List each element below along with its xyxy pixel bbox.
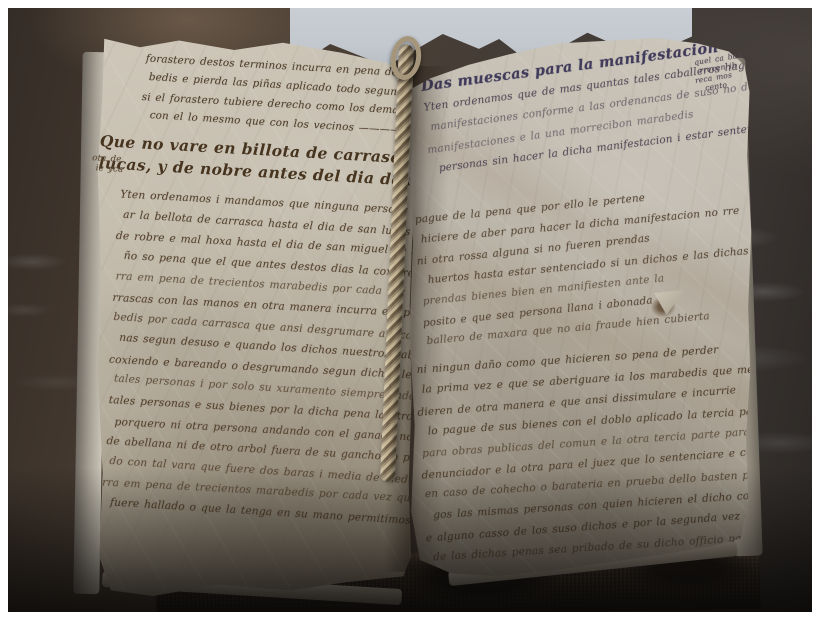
right-page: Das muescas para la manifestacion ——— Yt… bbox=[406, 38, 753, 576]
left-page-intro: forastero destos terminos incurra en pen… bbox=[142, 50, 413, 143]
left-page-body: Yten ordenamos i mandamos que ninguna pe… bbox=[102, 184, 413, 531]
manuscript-photo: forastero destos terminos incurra en pen… bbox=[8, 8, 812, 612]
screenshot-root: { "photo": { "frame_color": "#ffffff", "… bbox=[0, 0, 820, 620]
manuscript-line: ie yca bbox=[95, 163, 123, 175]
left-page-text: forastero destos terminos incurra en pen… bbox=[88, 36, 413, 531]
right-margin-note: quel ca ballrrecen ibreca moscento bbox=[693, 50, 747, 93]
left-margin-note: ota deie yca bbox=[91, 153, 123, 175]
left-page: forastero destos terminos incurra en pen… bbox=[88, 36, 413, 596]
left-page-heading: ⫽ Que no vare en billota de carrasca ant… bbox=[91, 130, 413, 194]
right-page-middle-block: pague de la pena que por ello le pertene… bbox=[414, 178, 753, 352]
right-page-bottom-block: ni ningun daño como que hicieren so pena… bbox=[416, 337, 753, 570]
